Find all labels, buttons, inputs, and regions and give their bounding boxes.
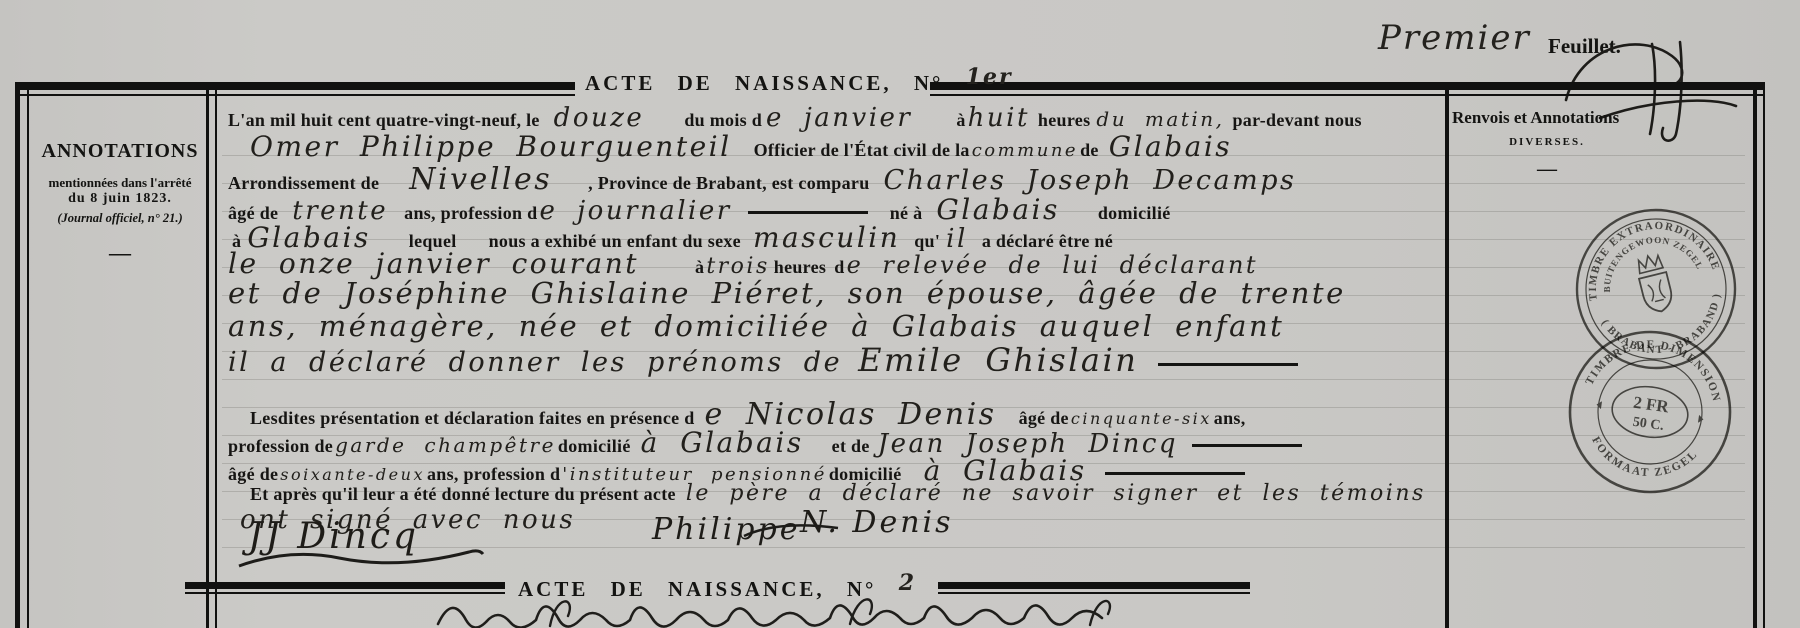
act-line: et de Joséphine Ghislaine Piéret, son ép… <box>228 276 1346 310</box>
act1-title-text: ACTE DE NAISSANCE, N° <box>585 71 943 95</box>
printed-text: heures <box>774 257 826 277</box>
act1-title: ACTE DE NAISSANCE, N° 1er <box>585 64 1013 96</box>
act-line: Et après qu'il leur a été donné lecture … <box>250 481 1426 506</box>
signature-underline-flourish <box>235 550 485 576</box>
annotations-dash: — <box>36 240 204 266</box>
sheet-number-handwritten: Premier <box>1378 18 1531 58</box>
act2-number-handwritten: 2 <box>899 570 916 596</box>
act2-rule-right-thick <box>938 582 1250 589</box>
act1-number-handwritten: 1er <box>966 64 1013 90</box>
filler-dash <box>748 211 868 214</box>
printed-text: âgé de <box>228 203 278 223</box>
signature-paraph-stroke <box>742 522 842 544</box>
printed-text: de <box>1080 140 1099 160</box>
act-line: L'an mil huit cent quatre-vingt-neuf, le… <box>228 103 1362 133</box>
box-border-right-inner <box>1763 82 1765 628</box>
renvois-box: Renvois et Annotations DIVERSES. — <box>1452 108 1702 181</box>
annotations-box: ANNOTATIONS mentionnées dans l'arrêté du… <box>36 140 204 266</box>
handwritten-text: e janvier <box>766 103 912 133</box>
crest-crown-icon <box>1636 253 1663 273</box>
box-border-right-outer <box>1753 82 1757 628</box>
act-line: ans, ménagère, née et domiciliée à Glaba… <box>228 309 1284 343</box>
printed-text: heures <box>1038 110 1090 130</box>
printed-text: Lesdites présentation et déclaration fai… <box>250 408 695 428</box>
renvois-dash: — <box>1452 158 1642 181</box>
printed-text: Officier de l'État civil de la <box>754 140 970 160</box>
act-line: il a déclaré donner les prénoms deEmile … <box>228 341 1298 379</box>
handwritten-text: douze <box>554 103 645 133</box>
box-border-top-left-thick <box>18 82 575 90</box>
annotations-title: ANNOTATIONS <box>36 140 204 163</box>
printed-text: domicilié <box>1098 203 1171 223</box>
stamp-dimension: TIMBRE DE DIMENSION FORMAAT ZEGEL 2 FR 5… <box>1566 328 1734 496</box>
handwritten-text: du matin, <box>1096 107 1224 131</box>
printed-text: d <box>834 257 844 277</box>
handwritten-text: il a déclaré donner les prénoms de <box>228 347 842 378</box>
stamp-dimension-arc-bottom: FORMAAT ZEGEL <box>1585 433 1701 486</box>
printed-text: du mois d <box>684 110 762 130</box>
annotations-line2: du 8 juin 1823. <box>36 191 204 207</box>
printed-text: L'an mil huit cent quatre-vingt-neuf, le <box>228 110 540 130</box>
box-border-left-outer <box>15 82 20 628</box>
act-line: Arrondissement deNivelles, Province de B… <box>228 162 1296 197</box>
stamp-dimension-arc-top: TIMBRE DE DIMENSION <box>1583 330 1730 405</box>
filler-dash <box>1105 472 1245 475</box>
act2-rule-left-thin <box>185 592 505 594</box>
act2-partial-handwriting <box>430 598 1260 628</box>
act2-rule-left-thick <box>185 582 505 589</box>
printed-text: , Province de Brabant, est comparu <box>588 173 869 193</box>
handwritten-text: Nivelles <box>409 162 552 197</box>
handwritten-text: huit <box>968 103 1030 133</box>
stamp-dimension-value2: 50 C. <box>1632 415 1665 434</box>
annotations-separator-inner <box>215 82 217 628</box>
box-border-top-right-thick <box>930 82 1765 90</box>
printed-text: âgé de <box>1019 408 1069 428</box>
printed-text: à <box>956 110 965 130</box>
svg-text:TIMBRE DE DIMENSION: TIMBRE DE DIMENSION <box>1583 330 1730 405</box>
annotations-separator-outer <box>206 82 209 628</box>
annotations-line3: (Journal officiel, n° 21.) <box>36 211 204 226</box>
handwritten-text: Omer Philippe Bourguenteil <box>250 130 732 163</box>
printed-text: par-devant nous <box>1233 110 1362 130</box>
printed-text: et de <box>832 436 870 456</box>
renvois-subtitle: DIVERSES. <box>1452 136 1642 148</box>
crest-shield-icon <box>1639 272 1675 315</box>
handwritten-text: Charles Joseph Decamps <box>884 165 1297 196</box>
act-line: Omer Philippe BourguenteilOfficier de l'… <box>250 130 1232 163</box>
printed-text: domicilié <box>558 436 631 456</box>
printed-text: profession de <box>228 436 333 456</box>
renvois-separator <box>1445 82 1449 628</box>
box-border-top-right-thin <box>930 94 1765 96</box>
svg-text:FORMAAT ZEGEL: FORMAAT ZEGEL <box>1585 433 1701 486</box>
handwritten-text: Emile Ghislain <box>858 341 1138 379</box>
printed-text: né à <box>890 203 923 223</box>
annotations-line1: mentionnées dans l'arrêté <box>36 175 204 191</box>
box-border-top-left-thin <box>18 94 575 96</box>
printed-text: ans, profession d <box>404 203 537 223</box>
act2-rule-right-thin <box>938 592 1250 594</box>
printed-text: Et après qu'il leur a été donné lecture … <box>250 484 676 504</box>
renvois-title: Renvois et Annotations <box>1452 108 1702 128</box>
handwritten-text: commune <box>972 140 1078 161</box>
filler-dash <box>1192 444 1302 447</box>
handwritten-text: et de Joséphine Ghislaine Piéret, son ép… <box>228 276 1346 310</box>
filler-dash <box>1158 363 1298 366</box>
printed-text: Arrondissement de <box>228 173 379 193</box>
crest-lion-icon <box>1647 280 1665 303</box>
stamp-dimension-value1: 2 FR <box>1632 393 1670 417</box>
handwritten-text: Glabais <box>1109 130 1232 163</box>
printed-text: ans, <box>1214 408 1246 428</box>
handwritten-text: ans, ménagère, née et domiciliée à Glaba… <box>228 309 1284 343</box>
printed-text: à <box>695 257 704 277</box>
document-scan: Premier Feuillet. ACTE DE NAISSANCE, N° … <box>0 0 1800 628</box>
handwritten-text: e relevée de lui déclarant <box>847 251 1259 279</box>
handwritten-text: le père a déclaré ne savoir signer et le… <box>686 481 1426 506</box>
box-border-left-inner <box>27 82 29 628</box>
